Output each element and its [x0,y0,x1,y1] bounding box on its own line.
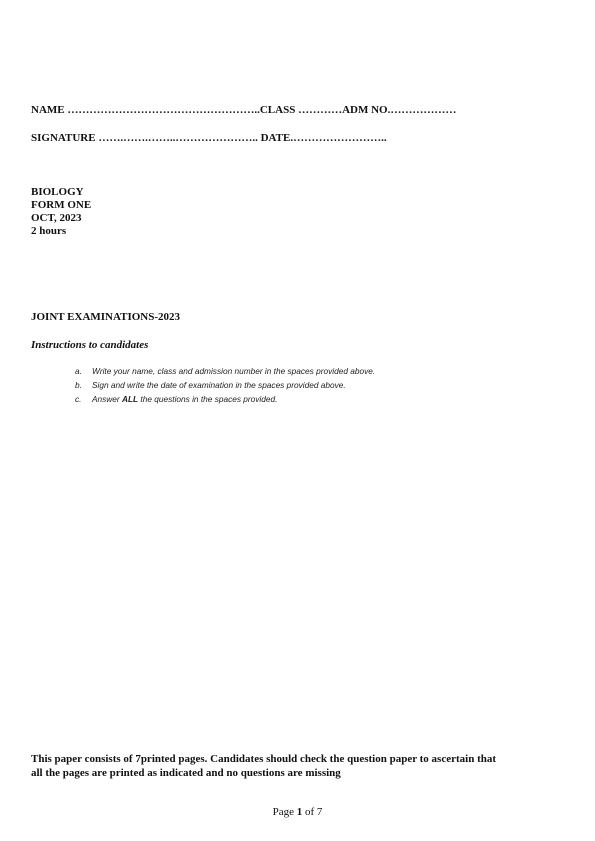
subject: BIOLOGY [31,186,91,199]
instruction-text: Write your name, class and admission num… [92,364,375,378]
footer-prefix: Page [273,806,297,818]
exam-meta: BIOLOGY FORM ONE OCT, 2023 2 hours [31,186,91,238]
instruction-text: Answer ALL the questions in the spaces p… [92,392,277,406]
instructions-title: Instructions to candidates [31,339,148,351]
instruction-item: b. Sign and write the date of examinatio… [75,378,375,392]
signature-date-field-line: SIGNATURE …….…….……..………………….. DATE.……………… [31,132,387,144]
total-pages: 7 [317,806,323,818]
form-level: FORM ONE [31,199,91,212]
exam-duration: 2 hours [31,225,91,238]
page-count-note: This paper consists of 7printed pages. C… [31,752,496,780]
instruction-item: a. Write your name, class and admission … [75,364,375,378]
instruction-text: Sign and write the date of examination i… [92,378,346,392]
name-class-adm-field-line: NAME ……………………………………………..CLASS …………ADM NO… [31,104,456,116]
note-line-1: This paper consists of 7printed pages. C… [31,752,496,766]
exam-date: OCT, 2023 [31,212,91,225]
page-footer: Page 1 of 7 [0,806,595,818]
instruction-marker: b. [75,378,92,392]
instruction-emphasis: ALL [122,394,138,404]
instructions-list: a. Write your name, class and admission … [75,364,375,406]
instruction-text-part: the questions in the spaces provided. [138,394,277,404]
instruction-marker: a. [75,364,92,378]
note-line-2: all the pages are printed as indicated a… [31,766,496,780]
instruction-marker: c. [75,392,92,406]
instruction-item: c. Answer ALL the questions in the space… [75,392,375,406]
exam-title: JOINT EXAMINATIONS-2023 [31,311,180,323]
footer-middle: of [302,806,317,818]
instruction-text-part: Answer [92,394,122,404]
